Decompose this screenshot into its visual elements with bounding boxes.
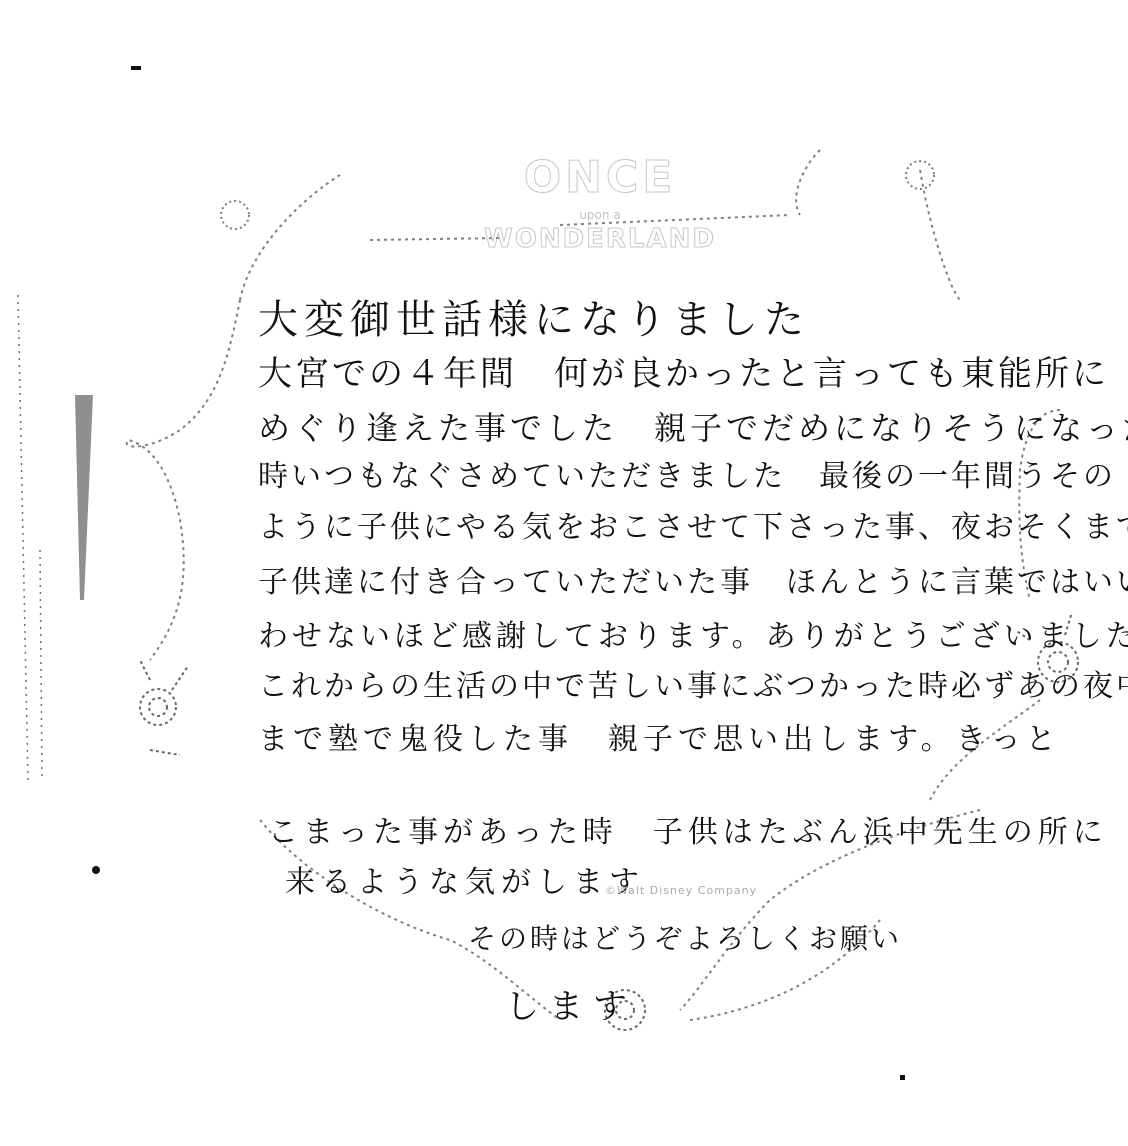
- header-logo-mid: upon a: [440, 208, 760, 222]
- rose-left: [140, 660, 188, 755]
- letter-line: わせないほど感謝しております。ありがとうございました: [258, 622, 1128, 652]
- letter-line: 時いつもなぐさめていただきました 最後の一年間うその: [258, 462, 1116, 492]
- letter-page: ONCE upon a WONDERLAND 大変御世話様になりました 大宮での…: [0, 0, 1128, 1146]
- letter-line: これからの生活の中で苦しい事にぶつかった時必ずあの夜中: [258, 672, 1128, 702]
- letter-line: まで塾で鬼役した事 親子で思い出します。きっと: [258, 725, 1061, 755]
- letter-line: こまった事があった時 子供はたぶん浜中先生の所に: [268, 818, 1108, 848]
- stationery-copyright-print: ©Walt Disney Company: [605, 884, 757, 897]
- scan-speck: [131, 66, 141, 70]
- stationery-header-logo: ONCE upon a WONDERLAND: [440, 148, 760, 278]
- letter-line: 大変御世話様になりました: [258, 300, 810, 340]
- scan-speck: [900, 1075, 905, 1080]
- ornament-top-right: [906, 161, 934, 189]
- letter-line: 子供達に付き合っていただいた事 ほんとうに言葉ではいい表: [258, 568, 1128, 598]
- left-taper-mark: [75, 395, 93, 600]
- letter-line: めぐり逢えた事でした 親子でだめになりそうになった: [258, 412, 1128, 444]
- letter-line: ように子供にやる気をおこさせて下さった事、夜おそくまで: [258, 513, 1128, 543]
- header-logo-bottom: WONDERLAND: [440, 222, 760, 256]
- scan-speck: [92, 866, 100, 874]
- header-logo-top: ONCE: [440, 148, 760, 208]
- letter-line: 来るような気がします: [285, 868, 645, 898]
- letter-line: その時はどうぞよろしくお願い: [468, 925, 902, 953]
- letter-line: 大宮での４年間 何が良かったと言っても東能所に: [258, 357, 1109, 391]
- ornament-top-left: [221, 201, 249, 229]
- letter-line: します: [505, 990, 637, 1024]
